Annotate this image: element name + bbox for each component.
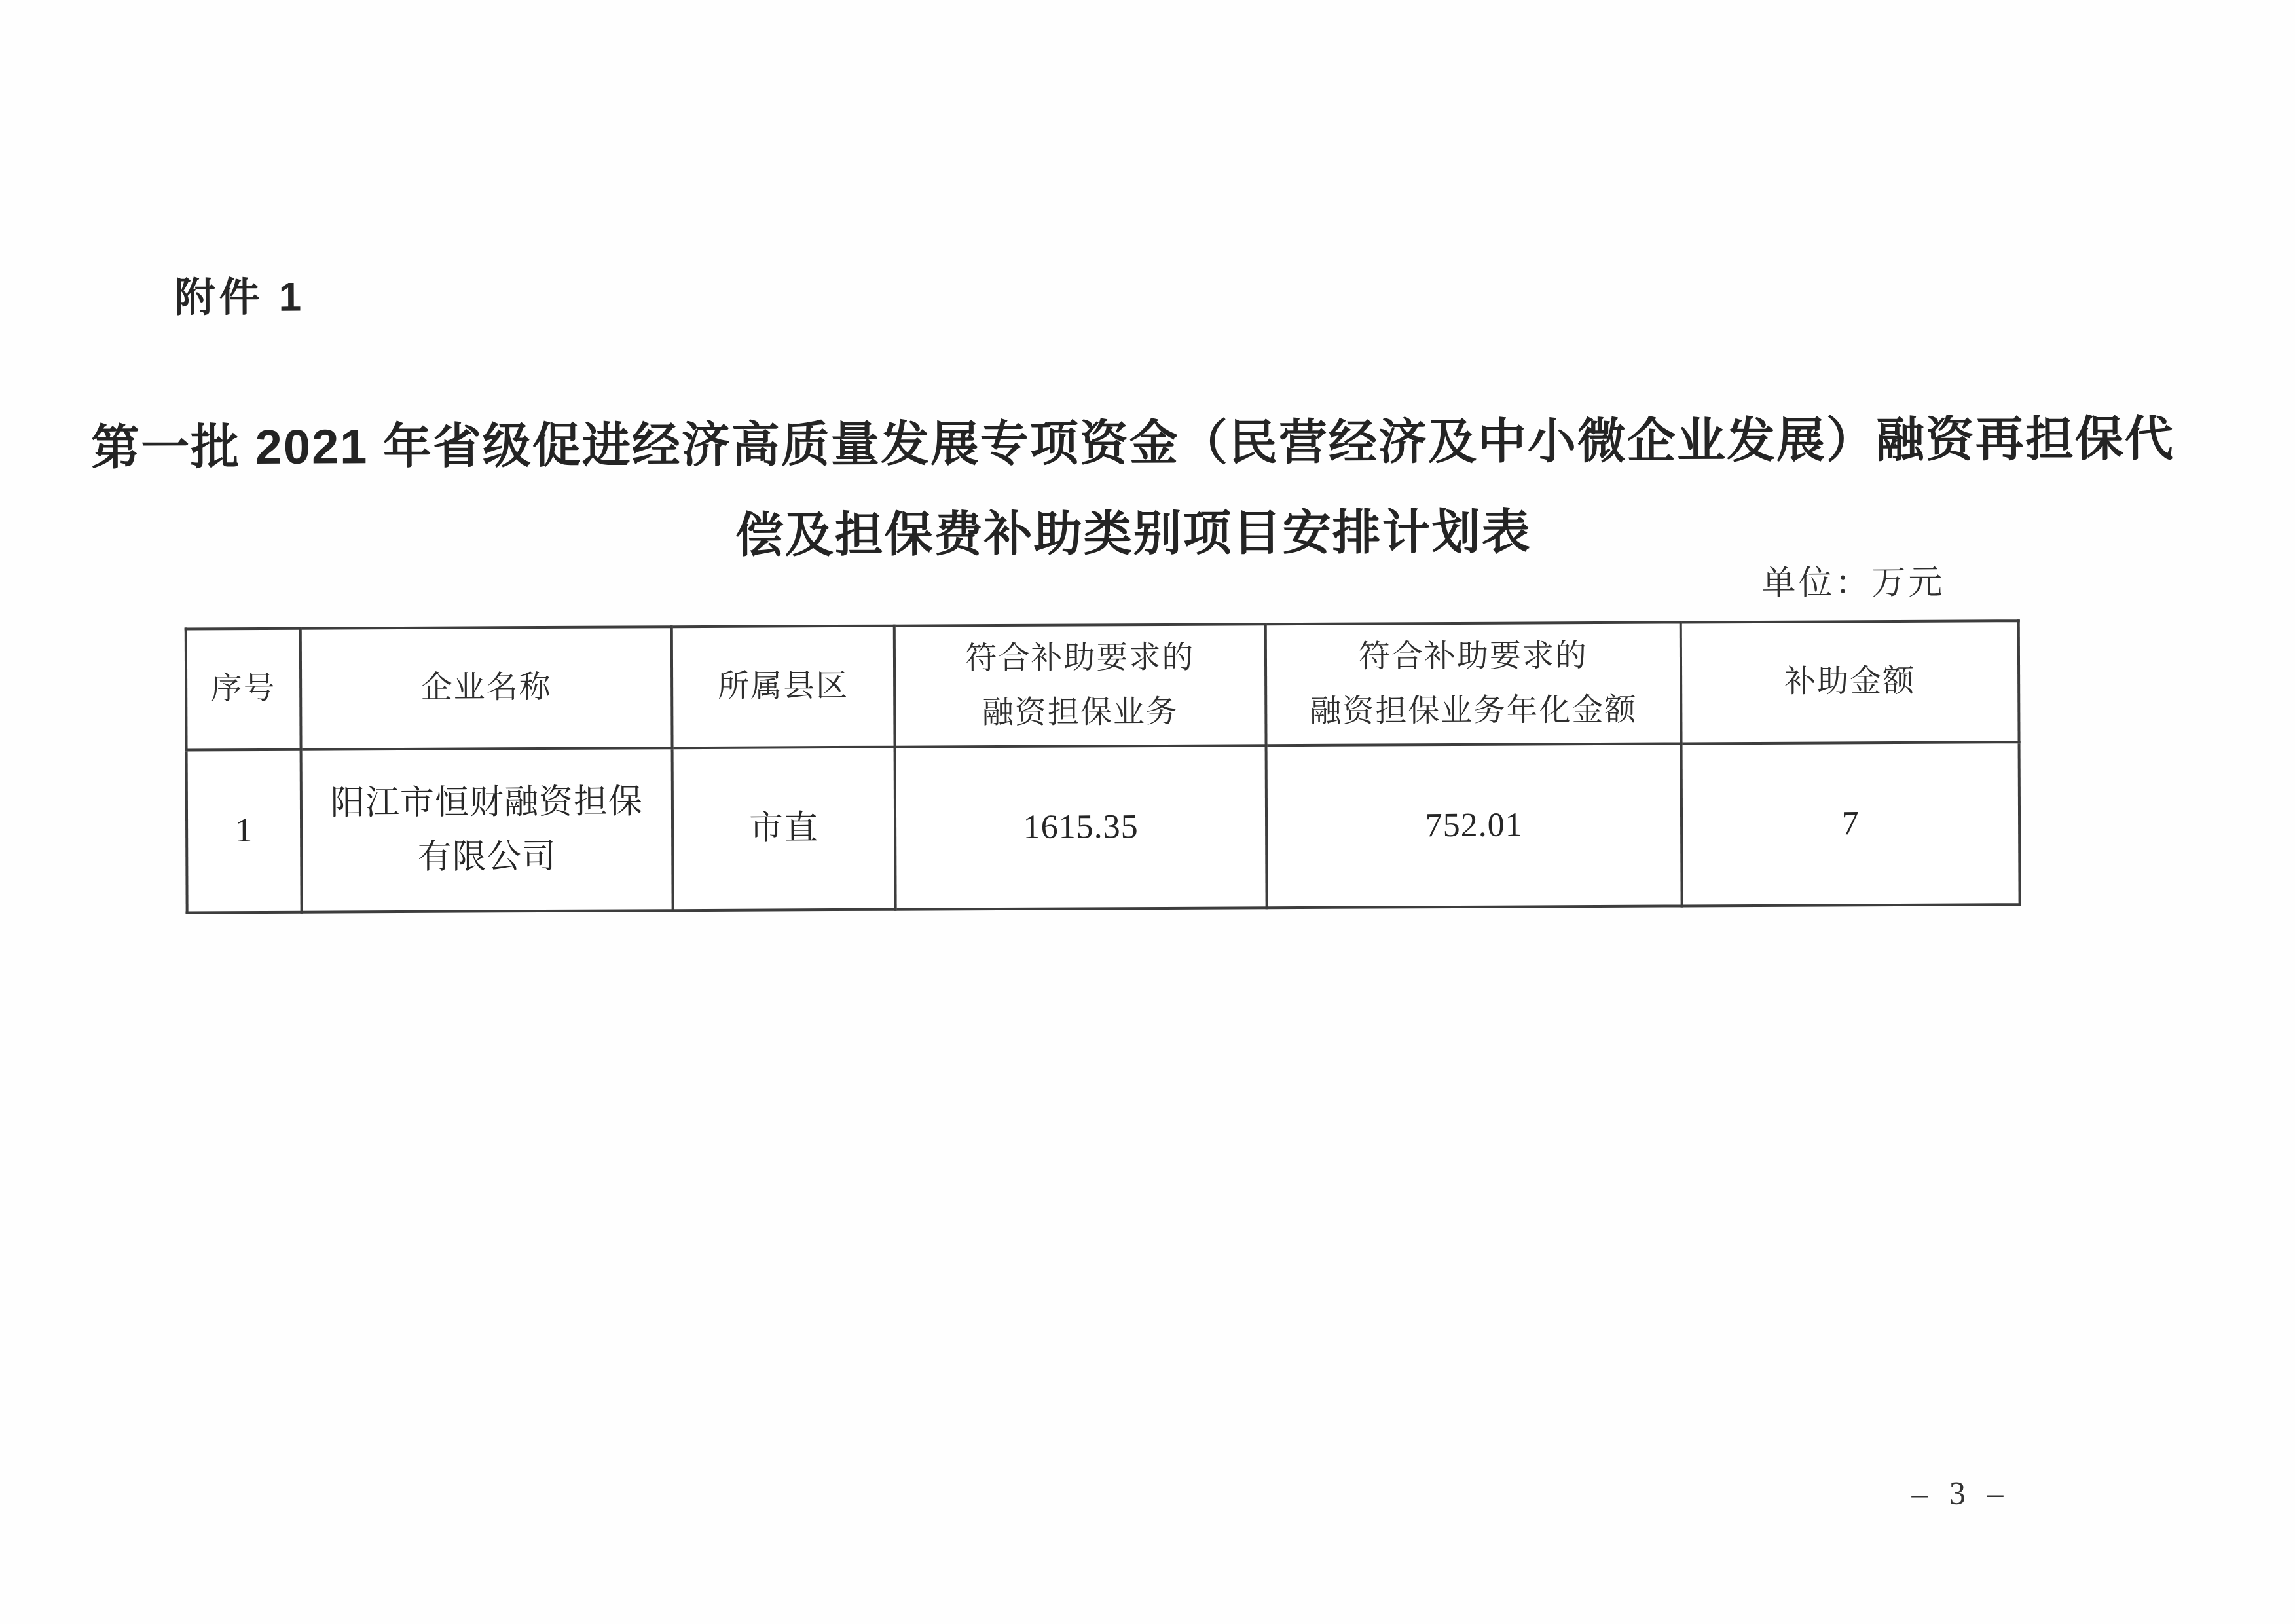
document-page: 附件 1 第一批 2021 年省级促进经济高质量发展专项资金（民营经济及中小微企… <box>0 0 2295 1624</box>
table-header-row: 序号 企业名称 所属县区 符合补助要求的 融资担保业务 符合补助要求的 融资担保… <box>186 621 2019 750</box>
cell-index: 1 <box>187 750 302 913</box>
col-header-annualized-amount: 符合补助要求的 融资担保业务年化金额 <box>1266 622 1681 745</box>
col-header-company-name: 企业名称 <box>301 627 672 749</box>
page-number: – 3 – <box>1911 1473 2010 1512</box>
table-row: 1 阳江市恒财融资担保 有限公司 市直 1615.35 752.01 7 <box>187 742 2020 912</box>
col-header-guarantee-business: 符合补助要求的 融资担保业务 <box>894 624 1266 747</box>
scanned-sheet: 附件 1 第一批 2021 年省级促进经济高质量发展专项资金（民营经济及中小微企… <box>0 0 2295 1624</box>
cell-district: 市直 <box>672 747 896 910</box>
col-header-subsidy-amount: 补助金额 <box>1681 621 2019 743</box>
cell-guarantee-business: 1615.35 <box>895 745 1267 909</box>
cell-subsidy-amount: 7 <box>1681 742 2020 906</box>
col-header-index: 序号 <box>186 629 301 750</box>
col-header-district: 所属县区 <box>672 626 895 748</box>
cell-annualized-amount: 752.01 <box>1266 743 1682 908</box>
attachment-label: 附件 1 <box>174 265 305 323</box>
unit-note: 单位：万元 <box>1761 555 1945 604</box>
subsidy-table: 序号 企业名称 所属县区 符合补助要求的 融资担保业务 符合补助要求的 融资担保… <box>185 619 2021 913</box>
cell-company-name: 阳江市恒财融资担保 有限公司 <box>301 748 673 912</box>
document-title-line1: 第一批 2021 年省级促进经济高质量发展专项资金（民营经济及中小微企业发展）融… <box>77 400 2188 479</box>
